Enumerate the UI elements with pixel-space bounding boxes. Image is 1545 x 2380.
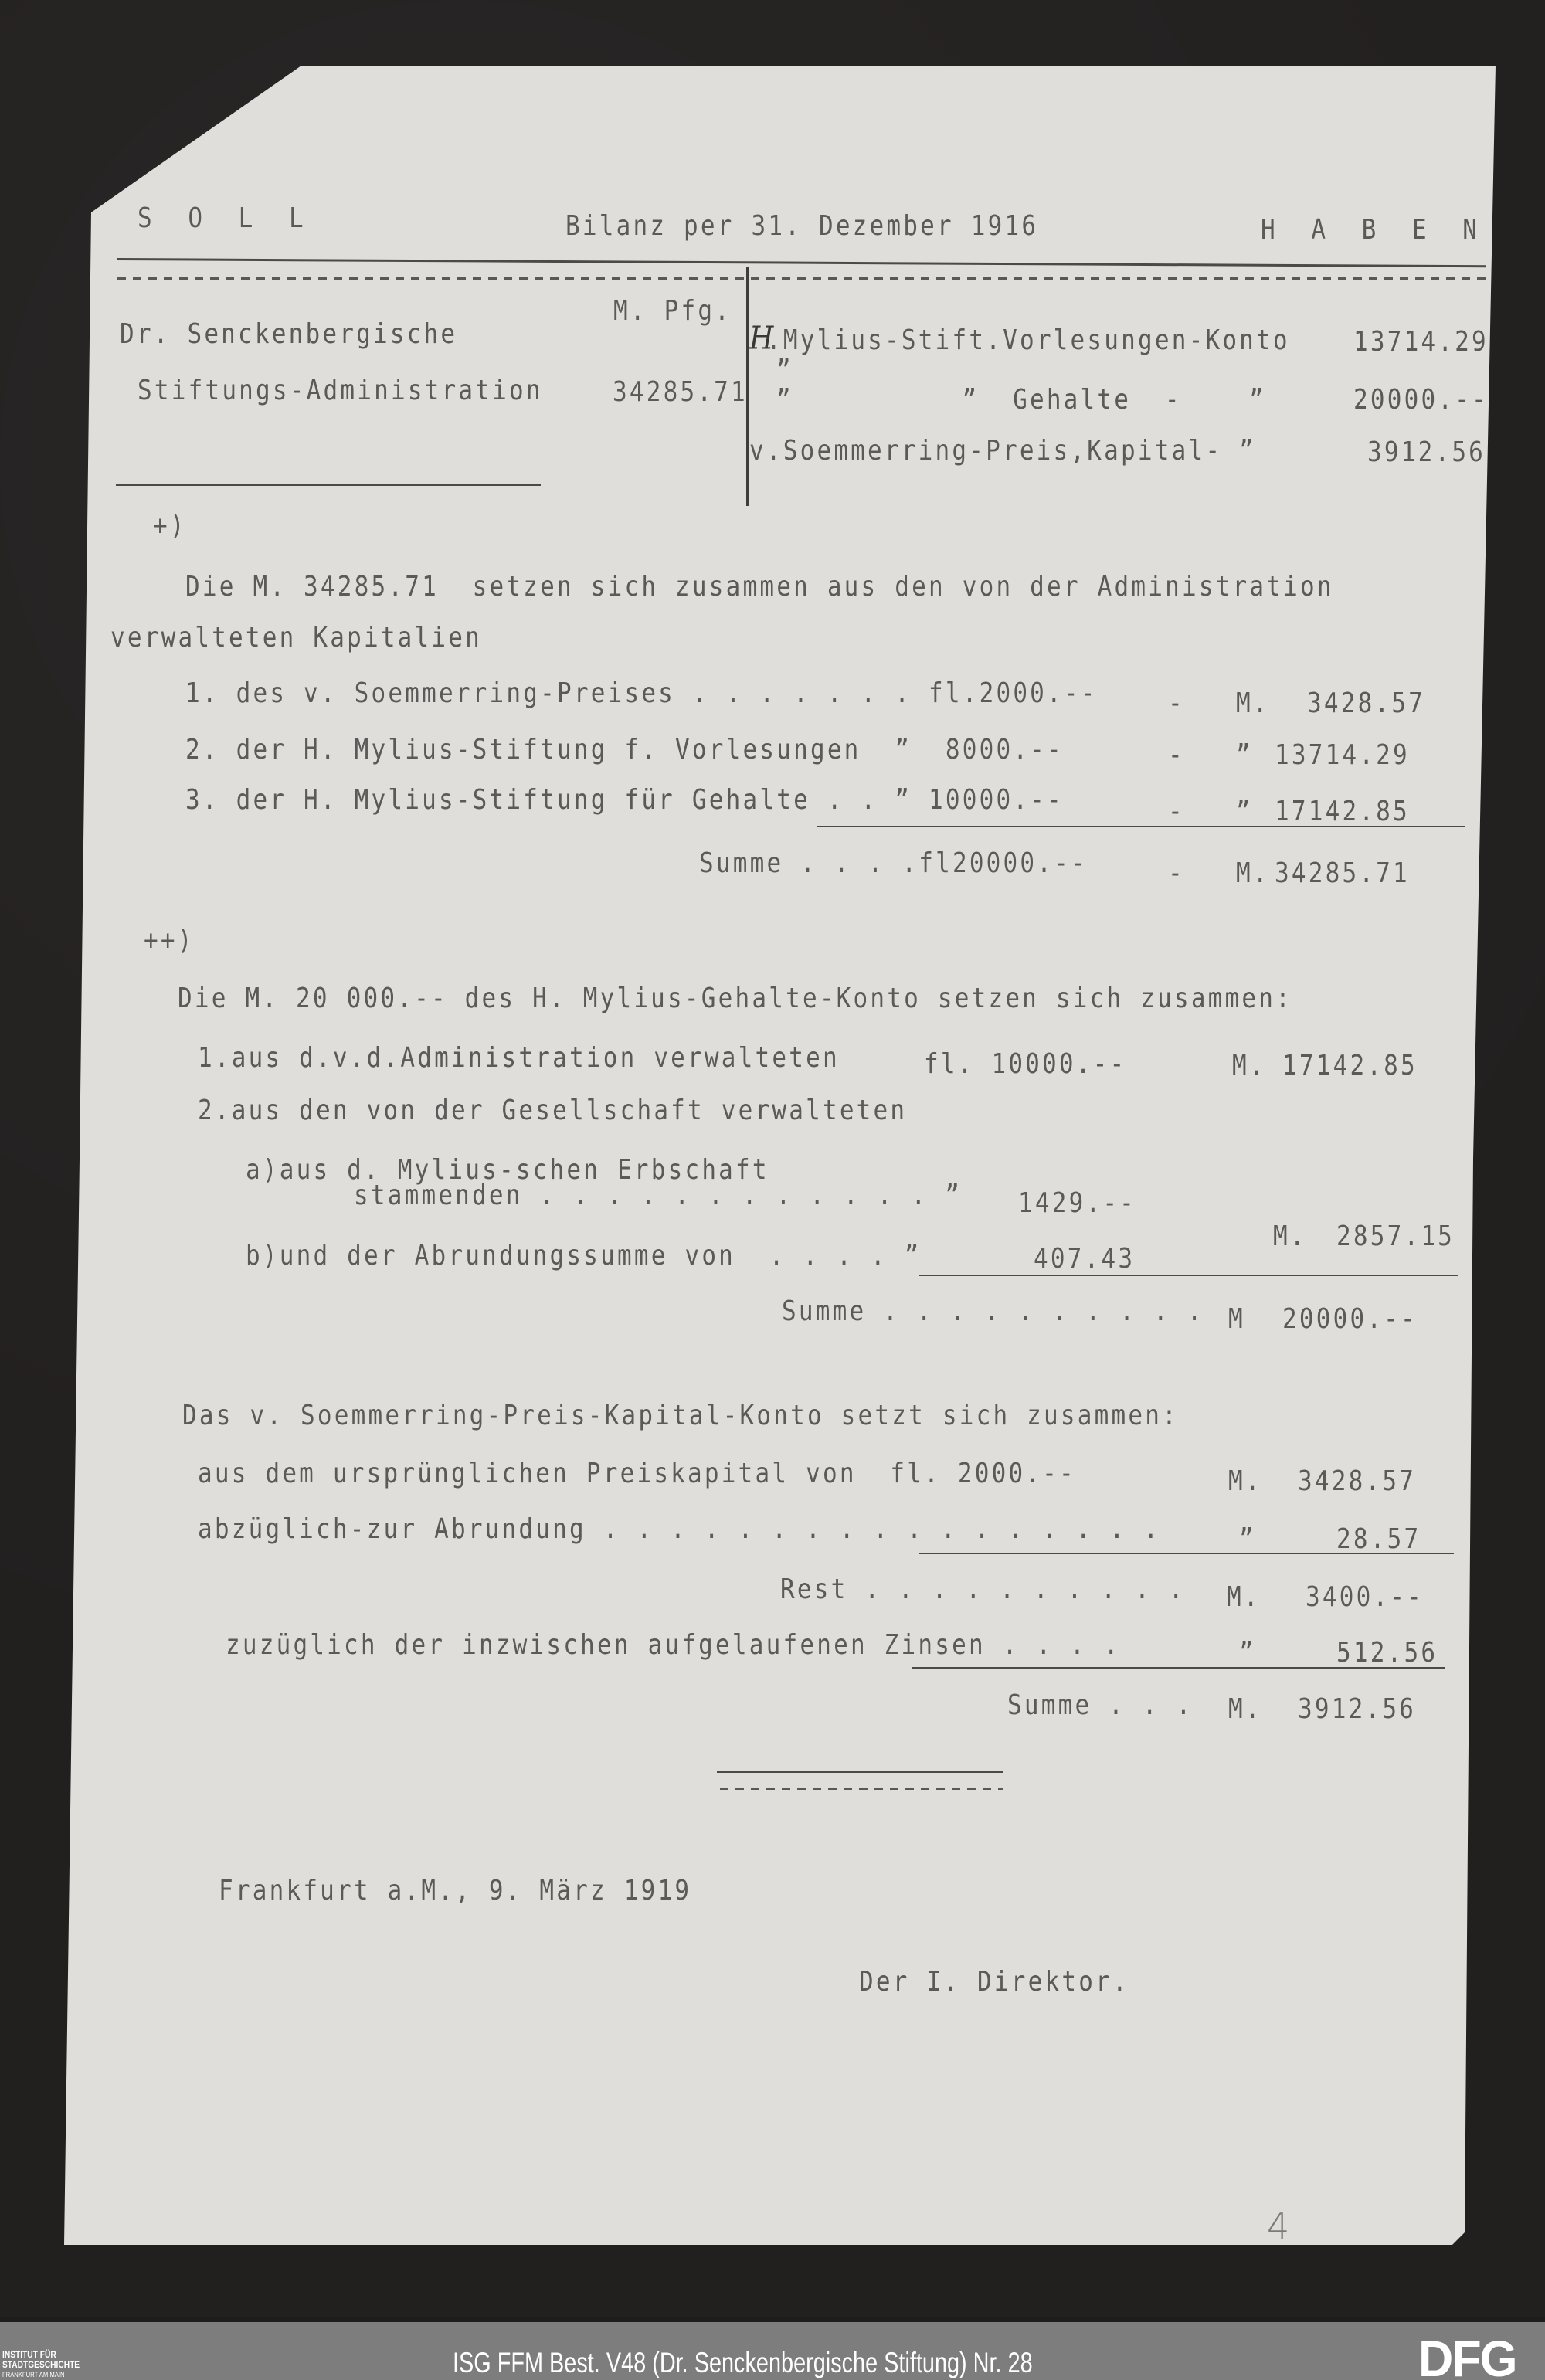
archive-caption: ISG FFM Best. V48 (Dr. Senckenbergische …: [453, 2347, 1033, 2379]
note2-sum-amount: 20000.--: [1282, 1305, 1418, 1333]
soll-underline: [116, 484, 541, 486]
note3-line1-unit: M.: [1228, 1468, 1262, 1496]
currency-header: M. Pfg.: [613, 297, 732, 325]
header-dashed-rule: [117, 277, 1486, 280]
balance-title: Bilanz per 31. Dezember 1916: [565, 212, 1038, 240]
note1-item-1-text: 1. des v. Soemmerring-Preises . . . . . …: [185, 680, 1098, 708]
note1-sum-unit: M.: [1236, 860, 1270, 888]
pencil-page-number: 4: [1267, 2205, 1289, 2247]
header-rule: [117, 258, 1486, 267]
note1-sum-dash: -: [1168, 860, 1185, 888]
note2-item-1-amount: 17142.85: [1282, 1052, 1418, 1080]
note2-sub-a-line2: stammenden . . . . . . . . . . . . ”: [354, 1182, 962, 1210]
note2-intro: Die M. 20 000.-- des H. Mylius-Gehalte-K…: [178, 985, 1292, 1013]
haben-row-1-label: .Mylius-Stift.Vorlesungen-Konto: [766, 327, 1290, 355]
note2-item-2-text: 2.aus den von der Gesellschaft verwaltet…: [198, 1097, 907, 1125]
note3-line1-text: aus dem ursprünglichen Preiskapital von …: [198, 1460, 1076, 1488]
note1-item-2-amount: 13714.29: [1275, 742, 1410, 769]
note3-line3-text: zuzüglich der inzwischen aufgelaufenen Z…: [226, 1631, 1121, 1659]
note3-sum-text: Summe . . .: [1007, 1692, 1194, 1720]
soll-label: S O L L: [138, 205, 314, 233]
closing-rule: [717, 1771, 1003, 1773]
haben-row-1-amount: 13714.29: [1353, 328, 1489, 356]
note2-sub-b-amount: 407.43: [1034, 1245, 1135, 1273]
note1-item-3-unit: ”: [1236, 798, 1253, 826]
note2-sub-b-text: b)und der Abrundungssumme von . . . . ”: [246, 1242, 922, 1270]
haben-label: H A B E N: [1261, 216, 1488, 244]
haben-row-3-label: v.Soemmerring-Preis,Kapital- ”: [749, 437, 1256, 465]
note1-item-2-dash: -: [1168, 742, 1185, 769]
note1-item-2-unit: ”: [1236, 742, 1253, 769]
note1-item-3-dash: -: [1168, 798, 1185, 826]
haben-row-2-label: ” ” Gehalte - ”: [776, 386, 1266, 414]
dfg-logo: DFG: [1418, 2333, 1516, 2380]
note1-item-2-text: 2. der H. Mylius-Stiftung f. Vorlesungen…: [185, 736, 1064, 764]
note1-item-3-text: 3. der H. Mylius-Stiftung für Gehalte . …: [185, 786, 1064, 814]
institute-line2: STADTGESCHICHTE: [2, 2360, 80, 2370]
note1-item-1-amount: 3428.57: [1307, 690, 1425, 718]
note3-line2-unit: ”: [1239, 1526, 1256, 1553]
note1-intro-line1: Die M. 34285.71 setzen sich zusammen aus…: [185, 573, 1334, 601]
note2-sum-unit: M: [1228, 1305, 1245, 1333]
institute-line3: FRANKFURT AM MAIN: [2, 2370, 80, 2380]
soll-account-line2: Stiftungs-Administration: [138, 377, 543, 405]
note2-item-1-unit: M.: [1232, 1052, 1266, 1080]
ditto-mark: ”: [776, 357, 793, 385]
note2-item-1-text: 1.aus d.v.d.Administration verwalteten: [198, 1044, 840, 1072]
note2-subtotal-amount: 2857.15: [1336, 1223, 1455, 1251]
note3-line2-text: abzüglich-zur Abrundung . . . . . . . . …: [198, 1516, 1160, 1543]
note1-sum-text: Summe . . . .fl20000.--: [699, 850, 1088, 878]
note3-sum-unit: M.: [1228, 1696, 1262, 1723]
note3-line1-amount: 3428.57: [1298, 1468, 1416, 1496]
institute-logo: INSTITUT FÜR STADTGESCHICHTE FRANKFURT A…: [2, 2350, 80, 2380]
haben-row-3-amount: 3912.56: [1367, 439, 1486, 467]
note2-sum-rule: [919, 1275, 1458, 1276]
note2-sub-a-amount: 1429.--: [1018, 1190, 1136, 1217]
note3-line3-unit: ”: [1239, 1639, 1256, 1667]
note1-item-1-unit: M.: [1236, 690, 1270, 718]
note3-intro: Das v. Soemmerring-Preis-Kapital-Konto s…: [182, 1402, 1179, 1430]
note2-item-1-fl: fl. 10000.--: [924, 1051, 1126, 1078]
note2-sum-text: Summe . . . . . . . . . .: [782, 1298, 1204, 1326]
place-date: Frankfurt a.M., 9. März 1919: [219, 1877, 691, 1905]
note3-rest-amount: 3400.--: [1306, 1584, 1424, 1611]
note3-rest-rule: [919, 1553, 1454, 1554]
note2-subtotal-unit: M.: [1273, 1223, 1307, 1251]
closing-dashed-rule: [720, 1788, 1003, 1790]
haben-row-2-amount: 20000.--: [1353, 386, 1489, 414]
note1-intro-line2: verwalteten Kapitalien: [110, 624, 482, 652]
note3-line2-amount: 28.57: [1336, 1526, 1421, 1553]
note1-marker: +): [153, 512, 187, 540]
note2-marker: ++): [144, 927, 195, 955]
note3-sum-amount: 3912.56: [1298, 1696, 1416, 1723]
note3-line3-amount: 512.56: [1336, 1639, 1438, 1667]
signature-title: Der I. Direktor.: [859, 1968, 1129, 1996]
note1-sum-amount: 34285.71: [1275, 860, 1410, 888]
note1-item-1-dash: -: [1168, 690, 1185, 718]
soll-account-line1: Dr. Senckenbergische: [120, 321, 457, 348]
note1-sum-rule: [817, 826, 1465, 827]
note3-rest-unit: M.: [1227, 1584, 1261, 1611]
note3-sum-rule: [912, 1667, 1445, 1669]
archive-footer-bar: INSTITUT FÜR STADTGESCHICHTE FRANKFURT A…: [0, 2322, 1545, 2380]
note1-item-3-amount: 17142.85: [1275, 798, 1410, 826]
soll-amount: 34285.71: [613, 379, 748, 406]
note3-rest-text: Rest . . . . . . . . . .: [780, 1576, 1186, 1604]
document-page: S O L L Bilanz per 31. Dezember 1916 H A…: [0, 0, 1545, 2317]
